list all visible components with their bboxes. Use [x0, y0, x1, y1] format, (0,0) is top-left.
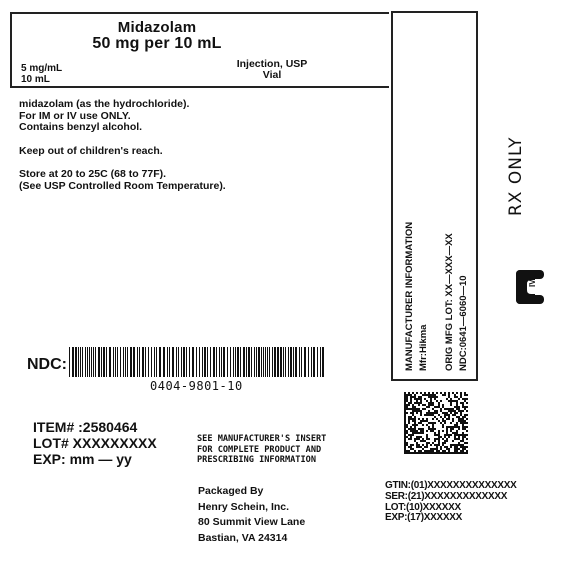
- product-strength: 50 mg per 10 mL: [12, 36, 302, 52]
- expiration-date: EXP: mm — yy: [33, 451, 157, 467]
- product-name: Midazolam: [12, 20, 302, 36]
- item-lot-exp-block: ITEM# :2580464 LOT# XXXXXXXXX EXP: mm — …: [33, 419, 157, 467]
- container-type: Vial: [212, 70, 332, 81]
- info-line: (See USP Controlled Room Temperature).: [19, 181, 226, 193]
- original-ndc: NDC:0641—6060—10: [457, 222, 471, 371]
- insert-note-line: PRESCRIBING INFORMATION: [197, 455, 326, 466]
- info-line: Store at 20 to 25C (68 to 77F).: [19, 169, 226, 181]
- insert-note-line: FOR COMPLETE PRODUCT AND: [197, 445, 326, 456]
- insert-note: SEE MANUFACTURER'S INSERT FOR COMPLETE P…: [197, 434, 326, 466]
- rx-only-text: RX ONLY: [506, 136, 526, 216]
- product-info-text: midazolam (as the hydrochloride). For IM…: [19, 99, 226, 192]
- packager-address: Packaged By Henry Schein, Inc. 80 Summit…: [198, 484, 305, 546]
- original-lot: ORIG MFG LOT: XX—XXX—XX: [443, 222, 457, 371]
- concentration: 5 mg/mL: [21, 63, 62, 74]
- ndc-label: NDC:: [27, 356, 67, 374]
- dosage-form-block: Injection, USP Vial: [212, 59, 332, 81]
- insert-note-line: SEE MANUFACTURER'S INSERT: [197, 434, 326, 445]
- serial-line: SER:(21)XXXXXXXXXXXXX: [385, 492, 516, 503]
- packager-line: Packaged By: [198, 484, 305, 500]
- manufacturer-heading: MANUFACTURER INFORMATION: [403, 222, 417, 371]
- packager-line: Henry Schein, Inc.: [198, 500, 305, 516]
- concentration-block: 5 mg/mL 10 mL: [21, 63, 62, 85]
- datamatrix-icon: [404, 392, 468, 454]
- gs1-exp-line: EXP:(17)XXXXXX: [385, 513, 516, 524]
- info-line: midazolam (as the hydrochloride).: [19, 99, 226, 111]
- controlled-substance-c-iv-icon: IV: [513, 262, 547, 312]
- info-line: Keep out of children's reach.: [19, 146, 226, 158]
- product-title: Midazolam 50 mg per 10 mL: [12, 20, 302, 52]
- packager-line: Bastian, VA 24314: [198, 531, 305, 547]
- barcode-icon: [69, 347, 324, 377]
- ndc-number: 0404-9801-10: [150, 379, 243, 393]
- item-number: ITEM# :2580464: [33, 419, 157, 435]
- volume: 10 mL: [21, 74, 62, 85]
- svg-text:IV: IV: [528, 279, 537, 287]
- manufacturer-info-box: MANUFACTURER INFORMATION Mfr:Hikma ORIG …: [391, 11, 478, 381]
- packager-line: 80 Summit View Lane: [198, 515, 305, 531]
- manufacturer-name: Mfr:Hikma: [417, 222, 431, 371]
- gs1-data-block: GTIN:(01)XXXXXXXXXXXXXX SER:(21)XXXXXXXX…: [385, 481, 516, 524]
- info-line: Contains benzyl alcohol.: [19, 122, 226, 134]
- lot-number: LOT# XXXXXXXXX: [33, 435, 157, 451]
- product-header-box: Midazolam 50 mg per 10 mL 5 mg/mL 10 mL …: [10, 12, 389, 88]
